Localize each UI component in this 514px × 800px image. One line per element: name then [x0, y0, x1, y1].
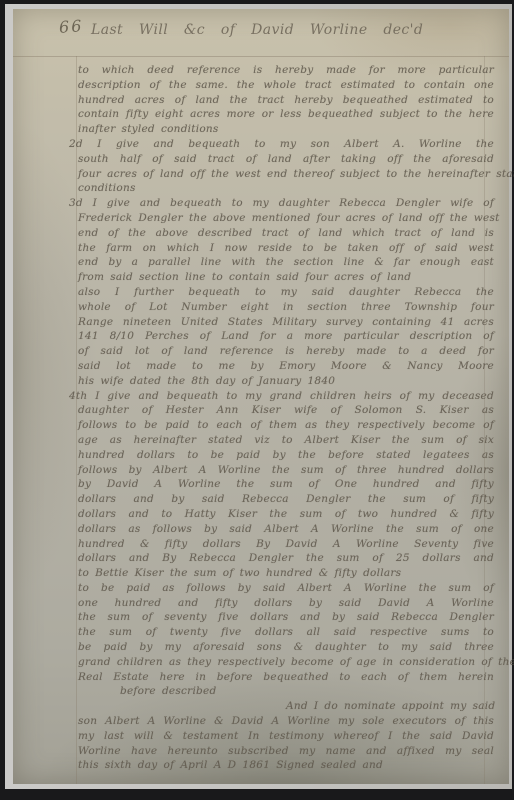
handwritten-line-clause-3: 3d I give and bequeath to my daughter Re…	[69, 196, 494, 211]
handwritten-line: this sixth day of April A D 1861 Signed …	[78, 758, 494, 773]
handwritten-line: my last will & testament In testimony wh…	[78, 729, 494, 744]
handwritten-line: hundred acres of land the tract hereby b…	[78, 93, 494, 108]
handwritten-line: conditions	[78, 181, 494, 196]
handwritten-line: four acres of land off the west end ther…	[78, 167, 494, 182]
handwritten-line: inafter styled conditions	[78, 122, 494, 137]
handwritten-line: south half of said tract of land after t…	[78, 152, 494, 167]
handwritten-line: from said section line to contain said f…	[78, 270, 494, 285]
handwritten-line-clause-2: 2d I give and bequeath to my son Albert …	[69, 137, 494, 152]
handwritten-line: to which deed reference is hereby made f…	[78, 63, 494, 78]
handwritten-line: Worline have hereunto subscribed my name…	[78, 744, 494, 759]
handwritten-line: his wife dated the 8th day of January 18…	[78, 374, 494, 389]
handwritten-line: dollars and by said Rebecca Dengler the …	[78, 492, 494, 507]
handwritten-line: one hundred and fifty dollars by said Da…	[78, 596, 494, 611]
handwritten-line: hundred & fifty dollars By David A Worli…	[78, 537, 494, 552]
scanned-ledger-photo: 66 Last Will &c of David Worline dec'd t…	[0, 0, 514, 800]
handwritten-line: hundred dollars to be paid by the before…	[78, 448, 494, 463]
handwritten-line-clause-4: 4th I give and bequeath to my grand chil…	[69, 389, 494, 404]
handwritten-line: Frederick Dengler the above mentioned fo…	[78, 211, 494, 226]
handwritten-line: Range nineteen United States Military su…	[78, 315, 494, 330]
ledger-paper: 66 Last Will &c of David Worline dec'd t…	[13, 9, 509, 784]
handwritten-line: said lot made to me by Emory Moore & Nan…	[78, 359, 494, 374]
handwritten-line: the sum of twenty five dollars all said …	[78, 625, 494, 640]
handwritten-line: be paid by my aforesaid sons & daughter …	[78, 640, 494, 655]
handwritten-line: Real Estate here in before bequeathed to…	[78, 670, 494, 685]
handwritten-line: the sum of seventy five dollars and by s…	[78, 610, 494, 625]
handwritten-line: dollars as follows by said Albert A Worl…	[78, 522, 494, 537]
handwritten-line: age as hereinafter stated viz to Albert …	[78, 433, 494, 448]
handwritten-line: before described	[78, 684, 494, 699]
page-number: 66	[58, 16, 84, 37]
handwritten-line: to be paid as follows by said Albert A W…	[78, 581, 494, 596]
handwritten-line: end by a parallel line with the section …	[78, 255, 494, 270]
handwritten-line: follows to be paid to each of them as th…	[78, 418, 494, 433]
handwritten-line: dollars and to Hatty Kiser the sum of tw…	[78, 507, 494, 522]
handwritten-line: daughter of Hester Ann Kiser wife of Sol…	[78, 403, 494, 418]
handwritten-line: the farm on which I now reside to be tak…	[78, 241, 494, 256]
handwritten-line: whole of Lot Number eight in section thr…	[78, 300, 494, 315]
handwritten-line: also I further bequeath to my said daugh…	[78, 285, 494, 300]
handwritten-line-executor-clause: And I do nominate appoint my said	[78, 699, 494, 714]
handwritten-line: dollars and By Rebecca Dengler the sum o…	[78, 551, 494, 566]
handwritten-line: son Albert A Worline & David A Worline m…	[78, 714, 494, 729]
handwritten-line: description of the same. the whole tract…	[78, 78, 494, 93]
handwritten-line: 141 8/10 Perches of Land for a more part…	[78, 329, 494, 344]
handwritten-line: to Bettie Kiser the sum of two hundred &…	[78, 566, 494, 581]
ruled-line-left-margin	[76, 56, 77, 784]
handwritten-line: contain fifty eight acres more or less b…	[78, 107, 494, 122]
handwritten-line: end of the above described tract of land…	[78, 226, 494, 241]
ruled-line-horizontal	[13, 56, 509, 57]
handwritten-line: grand children as they respectively beco…	[78, 655, 494, 670]
handwritten-line: of said lot of land reference is hereby …	[78, 344, 494, 359]
handwritten-text-block: to which deed reference is hereby made f…	[78, 63, 494, 773]
handwritten-line: follows by Albert A Worline the sum of t…	[78, 463, 494, 478]
page-title: Last Will &c of David Worline dec'd	[91, 22, 461, 38]
handwritten-line: by David A Worline the sum of One hundre…	[78, 477, 494, 492]
